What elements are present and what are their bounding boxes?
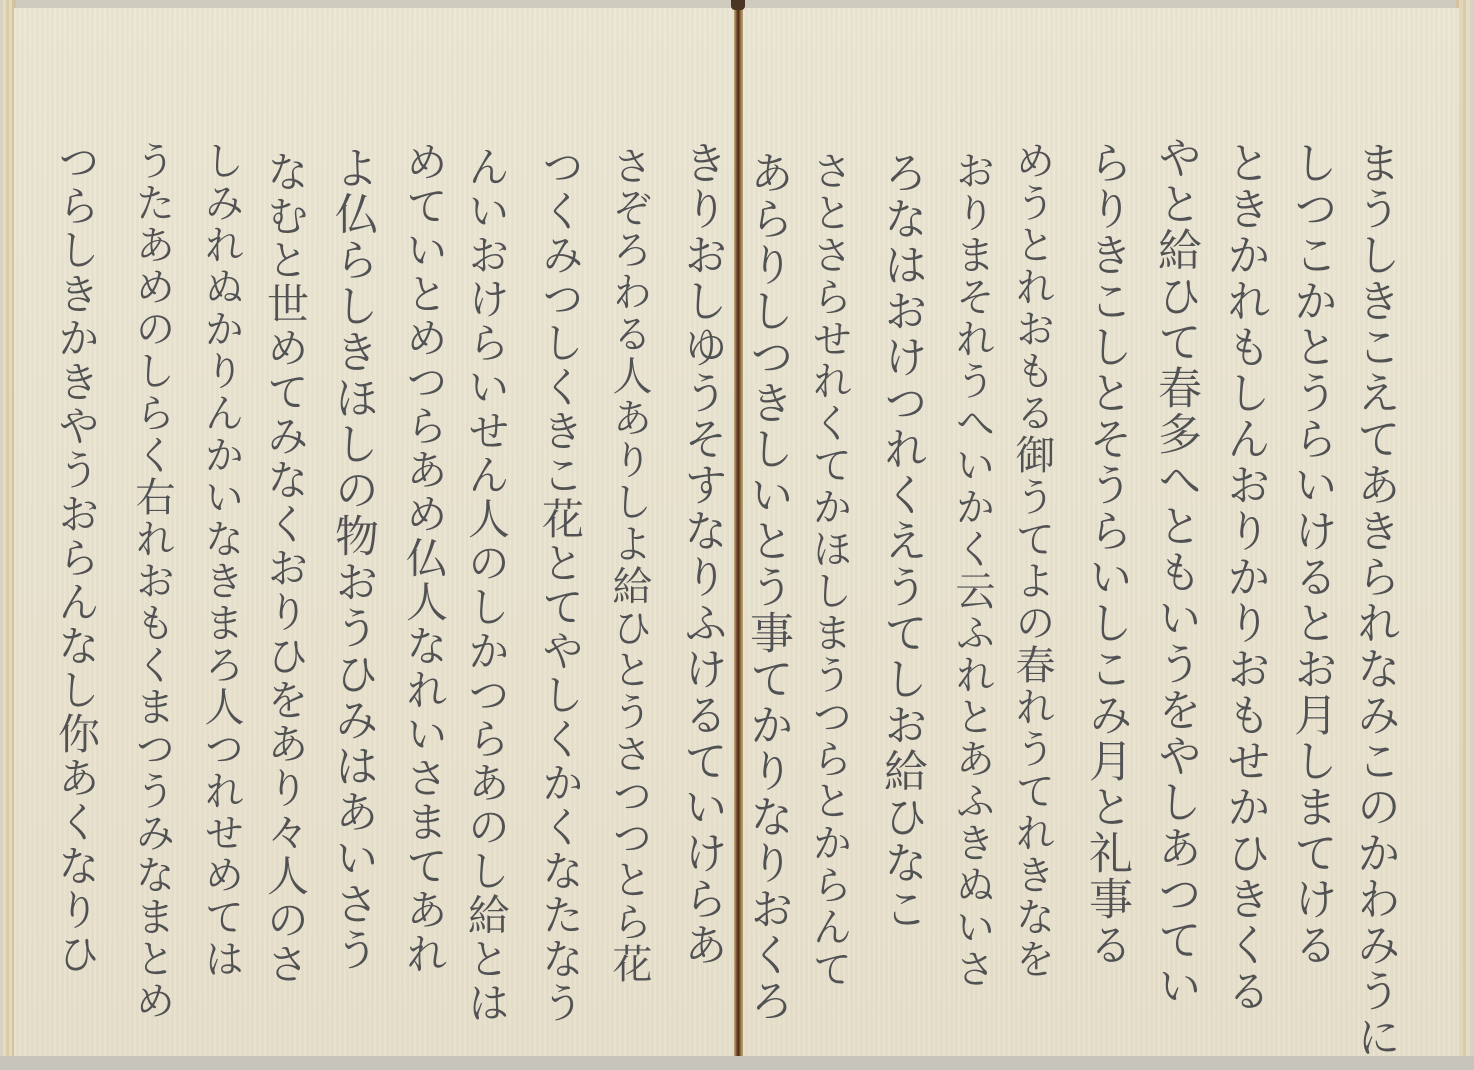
bottom-margin	[0, 1056, 1474, 1070]
left-column-7: なむと世めてみなくおりひをあり々人のさ	[264, 150, 306, 986]
right-column-9: さとさらせれくてかほしまうつらとからんて	[809, 150, 849, 990]
right-column-8: ろなはおけつれくえうてしお給ひなこ	[879, 150, 923, 932]
right-column-4: やと給ひて春多へともいうをやしあつてい	[1153, 135, 1197, 1009]
open-book: まうしきこえてあきられなみこのかわみうに しつこかとうらいけるとお月しまてける …	[0, 0, 1474, 1070]
left-column-8: しみれぬかりんかいなきまろ人つれせめては	[201, 140, 241, 980]
left-column-10: つらしきかきやうおらんなし你あくなりひ	[55, 140, 97, 976]
right-column-10: あらりしつきしいとう事てかりなりおくろ	[745, 150, 789, 1024]
left-column-4: んいおけらいせん人のしかつらあのし給とは	[465, 145, 507, 1025]
left-column-1: きりおしゆうそすなりふけるていけらあ	[679, 140, 723, 968]
book-gutter	[734, 0, 742, 1070]
left-column-2: さぞろわる人ありしよ給ひとうさつつとら花	[609, 145, 649, 985]
right-column-3: ときかれもしんおりかりおもせかひきくる	[1222, 140, 1266, 1014]
left-column-6: よ仏らしきほしの物おうひみはあいさう	[330, 145, 374, 973]
right-column-1: まうしきこえてあきられなみこのかわみうに	[1352, 140, 1396, 1060]
right-column-6: めうとれおもる御うてよの春れうてれきなを	[1012, 140, 1052, 980]
right-column-5: らりきこしとそうらいしこみ月と礼事る	[1084, 140, 1128, 968]
binding-top	[731, 0, 745, 10]
left-column-5: めていとめつらあめ仏人なれいさまてあれ	[403, 140, 445, 976]
left-column-9: うたあめのしらく右れおもくまつうみなまとめ	[132, 140, 172, 1022]
right-column-7: おりまそれうへいかく云ふれとあふきぬいさ	[952, 150, 992, 990]
left-column-3: つくみつしくきこ花とてやしくかくなたなう	[539, 145, 581, 1025]
right-column-2: しつこかとうらいけるとお月しまてける	[1289, 140, 1333, 968]
